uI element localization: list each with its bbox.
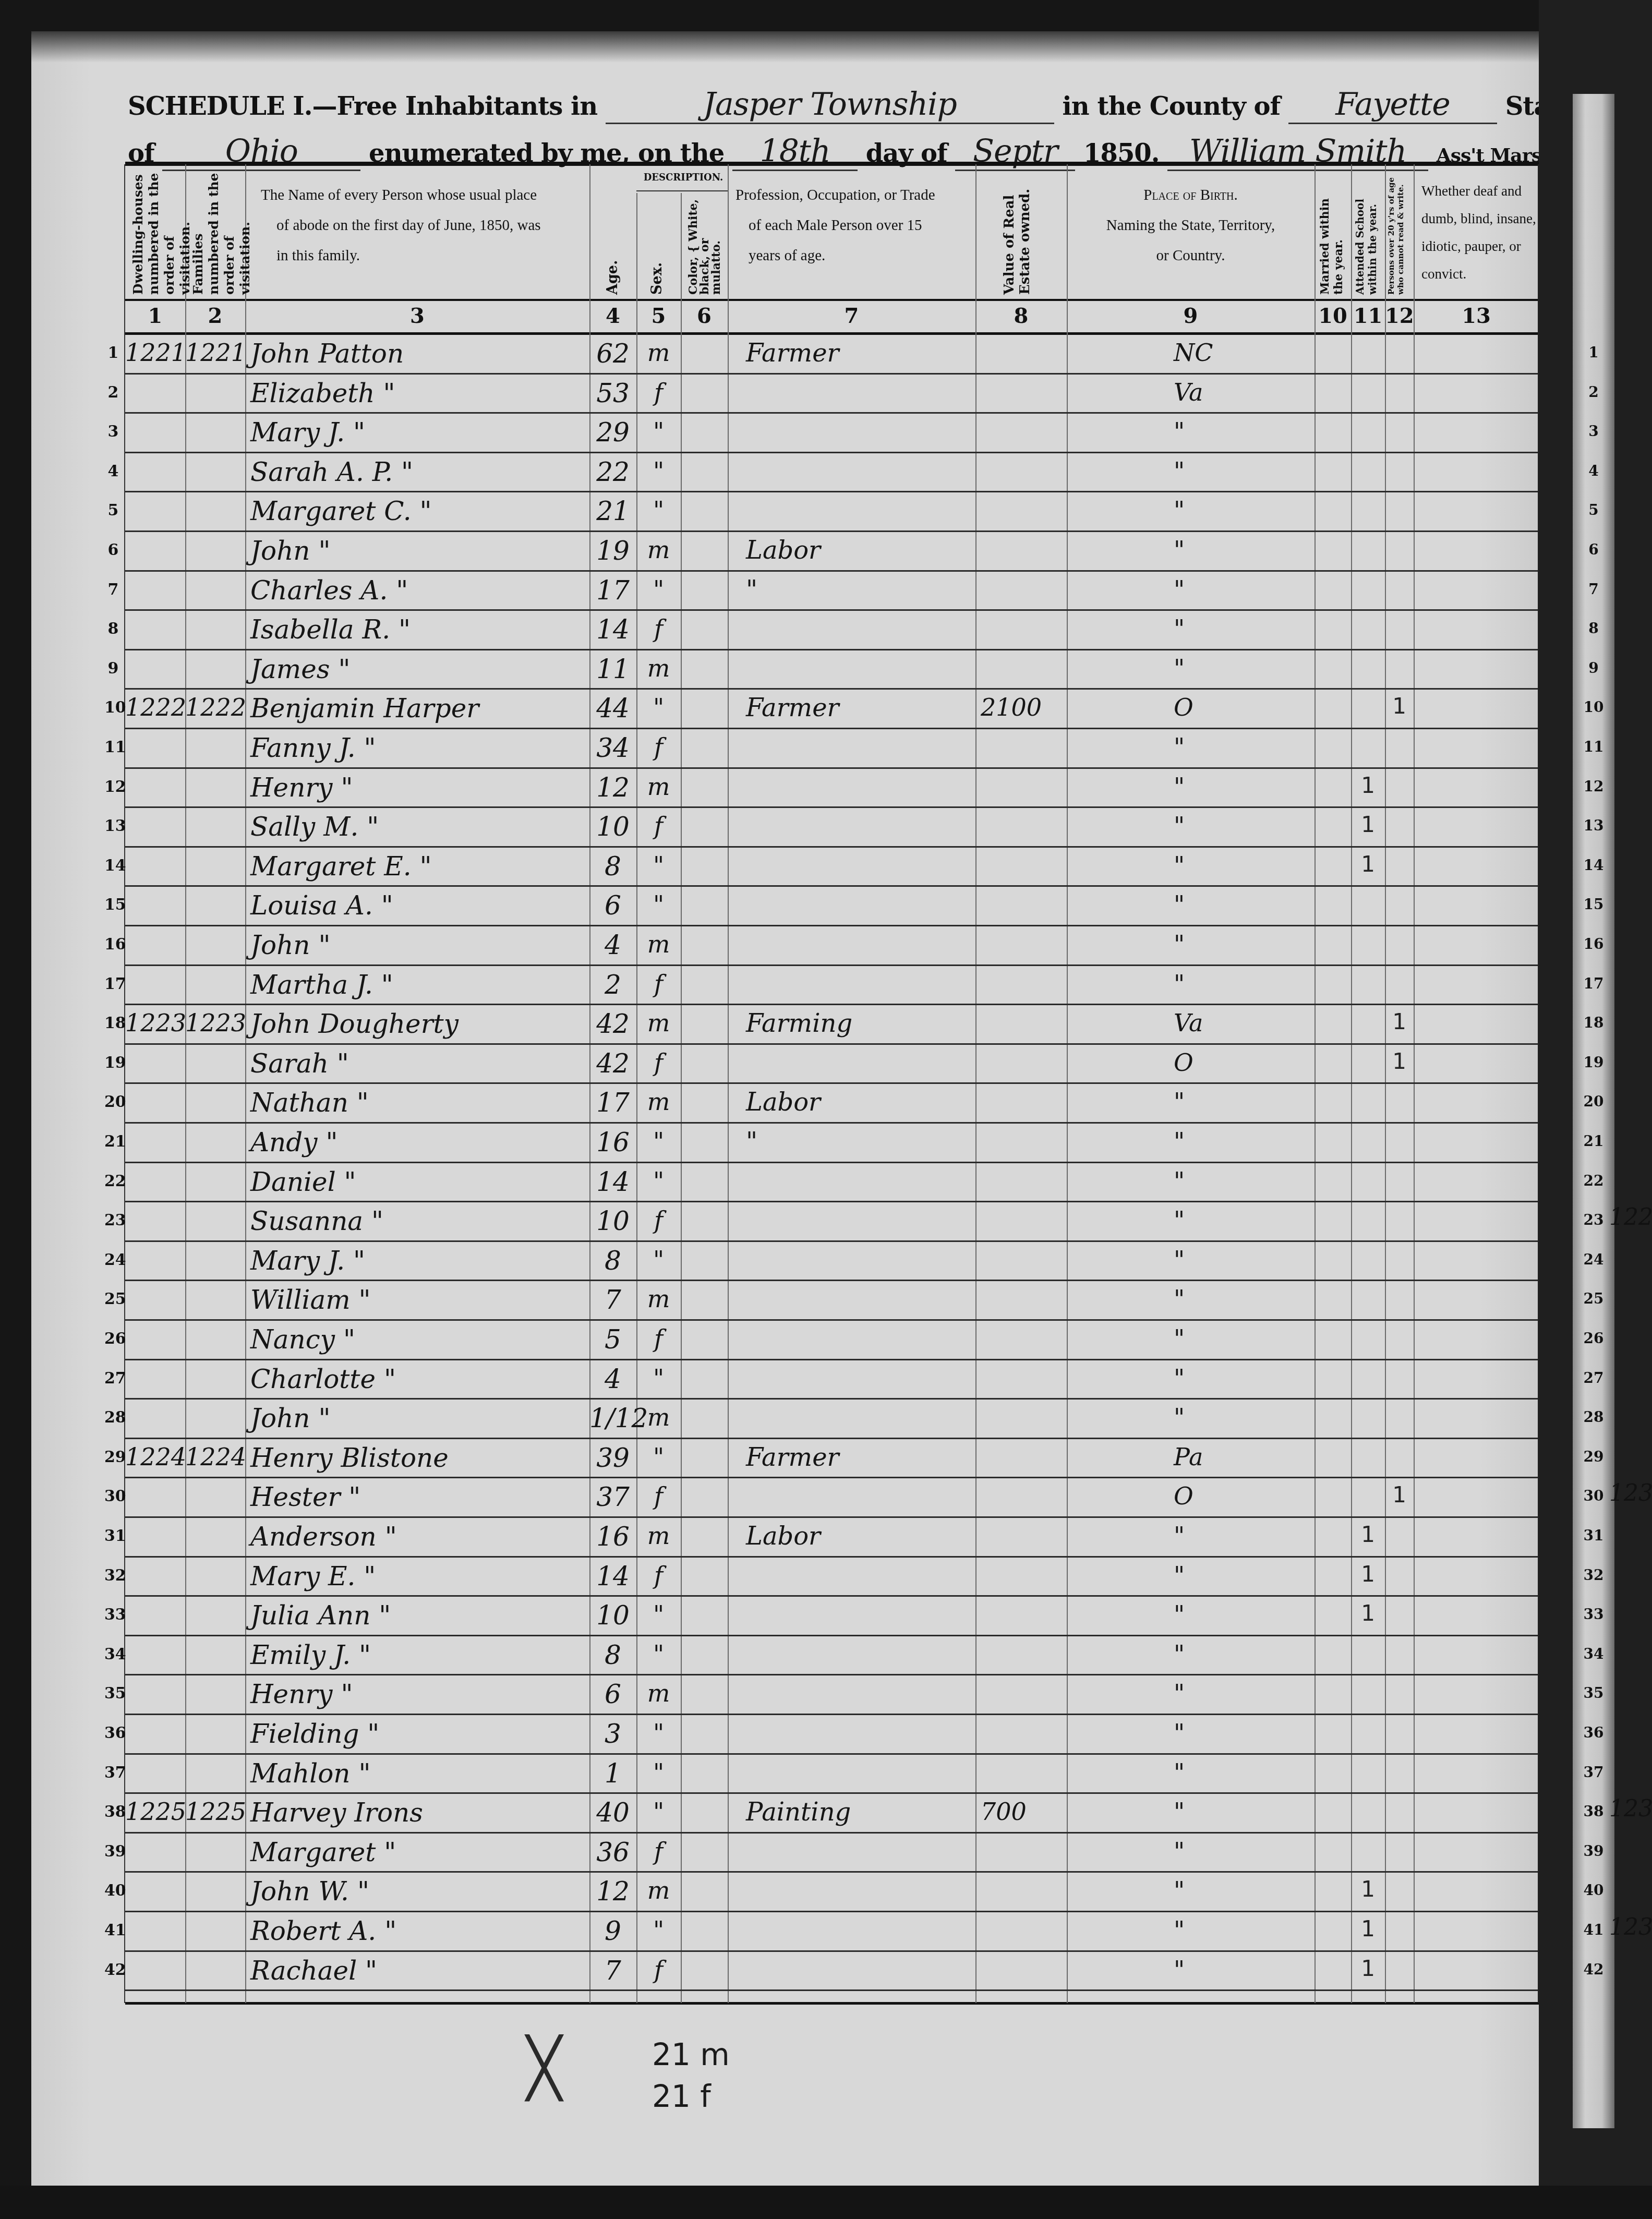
cell-name: Mary J. " xyxy=(250,1246,589,1276)
cell-sex: m xyxy=(636,1679,681,1707)
line-number: 26 xyxy=(104,1330,122,1348)
cell-birthplace: " xyxy=(1174,1640,1278,1668)
cell-school: 1 xyxy=(1351,1956,1385,1981)
row-rule xyxy=(125,1674,1538,1675)
cell-age: 7 xyxy=(589,1956,636,1986)
cell-sex: " xyxy=(636,1246,681,1274)
cell-birthplace: Va xyxy=(1174,378,1278,406)
col13-header-line: dumb, blind, insane, xyxy=(1421,205,1536,233)
row-rule xyxy=(125,767,1538,769)
cell-sex: f xyxy=(636,378,681,406)
line-number: 3 xyxy=(104,423,122,441)
cell-sex: m xyxy=(636,930,681,958)
row-rule xyxy=(125,806,1538,808)
cell-name: Sarah " xyxy=(250,1048,589,1079)
row-rule xyxy=(125,728,1538,729)
adjacent-line-number: 26 xyxy=(1583,1330,1604,1347)
cell-name: Daniel " xyxy=(250,1167,589,1197)
adjacent-line-number: 30 xyxy=(1583,1487,1604,1504)
line-number: 16 xyxy=(104,935,122,954)
cell-birthplace: " xyxy=(1174,1956,1278,1984)
cell-birthplace: " xyxy=(1174,496,1278,524)
cell-dwelling: 1221 xyxy=(125,339,185,367)
col7-header: Profession, Occupation, or Trade of each… xyxy=(730,180,973,271)
cell-birthplace: O xyxy=(1174,693,1278,721)
cell-birthplace: " xyxy=(1174,1876,1278,1904)
cell-occupation: " xyxy=(746,1127,970,1156)
cell-name: John " xyxy=(250,930,589,960)
cell-sex: f xyxy=(636,970,681,998)
cell-name: Henry " xyxy=(250,773,589,803)
cell-sex: m xyxy=(636,536,681,564)
cell-age: 12 xyxy=(589,1876,636,1907)
cell-real-estate: 700 xyxy=(981,1798,1064,1826)
adjacent-line-number: 11 xyxy=(1583,738,1604,755)
line-number: 30 xyxy=(104,1487,122,1505)
cell-name: Mahlon " xyxy=(250,1758,589,1789)
cell-birthplace: " xyxy=(1174,1285,1278,1313)
col7-header-line: years of age. xyxy=(735,240,973,271)
adjacent-line-number: 12 xyxy=(1583,778,1604,795)
row-rule xyxy=(125,570,1538,572)
cell-birthplace: " xyxy=(1174,1206,1278,1234)
adjacent-line-number: 36 xyxy=(1583,1724,1604,1741)
cell-name: Charles A. " xyxy=(250,575,589,606)
cell-family: 1221 xyxy=(185,339,245,367)
cross-mark-icon: ╳ xyxy=(527,2034,561,2101)
adjacent-line-number: 40 xyxy=(1583,1882,1604,1899)
cell-sex: " xyxy=(636,496,681,524)
line-number: 11 xyxy=(104,738,122,756)
row-rule xyxy=(125,688,1538,690)
line-number: 25 xyxy=(104,1290,122,1308)
cell-occupation: Farmer xyxy=(746,1443,970,1472)
row-rule xyxy=(125,649,1538,650)
cell-sex: " xyxy=(636,1719,681,1747)
line-number: 40 xyxy=(104,1882,122,1900)
row-rule xyxy=(125,1319,1538,1321)
cell-occupation: Labor xyxy=(746,536,970,565)
cell-birthplace: " xyxy=(1174,1522,1278,1550)
row-rule xyxy=(125,1556,1538,1558)
cell-sex: m xyxy=(636,773,681,801)
col7-header-line: of each Male Person over 15 xyxy=(735,210,973,240)
colnum: 13 xyxy=(1414,304,1539,328)
cell-age: 5 xyxy=(589,1324,636,1355)
cell-family: 1223 xyxy=(185,1009,245,1037)
row-rule xyxy=(125,885,1538,887)
cell-age: 37 xyxy=(589,1482,636,1512)
cell-name: Henry Blistone xyxy=(250,1443,589,1473)
cell-age: 14 xyxy=(589,1167,636,1197)
adjacent-line-number: 6 xyxy=(1583,541,1604,558)
adjacent-line-number: 28 xyxy=(1583,1408,1604,1426)
header-bottom-rule xyxy=(125,299,1539,301)
cell-name: Isabella R. " xyxy=(250,614,589,645)
cell-birthplace: " xyxy=(1174,575,1278,604)
cell-birthplace: " xyxy=(1174,930,1278,958)
col1-header: Dwelling-houses numbered in the order of… xyxy=(130,170,180,295)
adjacent-dwelling-note: 1231 xyxy=(1609,1795,1652,1822)
cell-birthplace: " xyxy=(1174,417,1278,445)
cell-age: 34 xyxy=(589,733,636,763)
cell-name: Elizabeth " xyxy=(250,378,589,408)
description-rule xyxy=(636,190,728,191)
row-rule xyxy=(125,1832,1538,1834)
cell-birthplace: " xyxy=(1174,614,1278,643)
cell-age: 4 xyxy=(589,930,636,960)
cell-school: 1 xyxy=(1351,1600,1385,1626)
row-rule xyxy=(125,412,1538,414)
colnum: 6 xyxy=(681,304,728,328)
row-rule xyxy=(125,452,1538,453)
col3-header-line: in this family. xyxy=(261,240,584,271)
adjacent-line-number: 39 xyxy=(1583,1842,1604,1860)
adjacent-line-number: 17 xyxy=(1583,975,1604,992)
line-number: 38 xyxy=(104,1803,122,1821)
cell-name: Mary E. " xyxy=(250,1561,589,1591)
row-rule xyxy=(125,1753,1538,1755)
cell-birthplace: NC xyxy=(1174,339,1278,367)
cell-sex: f xyxy=(636,1324,681,1353)
cell-name: Nathan " xyxy=(250,1088,589,1118)
cell-illiterate: 1 xyxy=(1385,1009,1414,1034)
adjacent-line-number: 10 xyxy=(1583,698,1604,716)
line-number: 17 xyxy=(104,975,122,993)
table-top-rule xyxy=(125,162,1539,166)
cell-age: 22 xyxy=(589,457,636,487)
cell-age: 7 xyxy=(589,1285,636,1315)
adjacent-line-number: 5 xyxy=(1583,501,1604,518)
row-rule xyxy=(125,1201,1538,1202)
row-rule xyxy=(125,964,1538,966)
colnum: 4 xyxy=(589,304,636,328)
cell-dwelling: 1224 xyxy=(125,1443,185,1471)
cell-name: John Dougherty xyxy=(250,1009,589,1039)
cell-name: John " xyxy=(250,536,589,566)
cell-birthplace: " xyxy=(1174,890,1278,919)
adjacent-dwelling-note: 1230 xyxy=(1609,1480,1652,1506)
line-number: 20 xyxy=(104,1093,122,1111)
cell-birthplace: " xyxy=(1174,851,1278,879)
line-number: 9 xyxy=(104,659,122,678)
cell-age: 53 xyxy=(589,378,636,408)
cell-name: Emily J. " xyxy=(250,1640,589,1670)
cell-school: 1 xyxy=(1351,1522,1385,1547)
cell-age: 3 xyxy=(589,1719,636,1749)
cell-name: Margaret " xyxy=(250,1837,589,1867)
col7-header-line: Profession, Occupation, or Trade xyxy=(735,180,973,210)
line-number: 31 xyxy=(104,1527,122,1545)
cell-sex: f xyxy=(636,614,681,643)
line-number: 36 xyxy=(104,1724,122,1742)
col3-header: The Name of every Person whose usual pla… xyxy=(250,180,584,271)
adjacent-line-number: 15 xyxy=(1583,896,1604,913)
cell-sex: " xyxy=(636,1443,681,1471)
adjacent-line-number: 35 xyxy=(1583,1684,1604,1702)
adjacent-line-number: 32 xyxy=(1583,1566,1604,1584)
cell-name: Charlotte " xyxy=(250,1364,589,1394)
cell-occupation: Painting xyxy=(746,1798,970,1827)
cell-age: 17 xyxy=(589,1088,636,1118)
line-number: 23 xyxy=(104,1211,122,1229)
cell-sex: f xyxy=(636,1956,681,1984)
cell-age: 16 xyxy=(589,1127,636,1157)
county-label: in the County of xyxy=(1063,92,1281,121)
colnum: 10 xyxy=(1315,304,1351,328)
cell-birthplace: Va xyxy=(1174,1009,1278,1037)
cell-sex: m xyxy=(636,1876,681,1904)
line-number: 28 xyxy=(104,1408,122,1427)
adjacent-line-number: 16 xyxy=(1583,935,1604,952)
cell-age: 6 xyxy=(589,890,636,921)
cell-family: 1222 xyxy=(185,693,245,721)
adjacent-line-number: 9 xyxy=(1583,659,1604,677)
cell-birthplace: " xyxy=(1174,733,1278,761)
scan-bottom-edge xyxy=(0,2186,1652,2219)
cell-sex: f xyxy=(636,1048,681,1077)
adjacent-line-number: 22 xyxy=(1583,1172,1604,1189)
colnum: 5 xyxy=(636,304,681,328)
adjacent-line-number: 19 xyxy=(1583,1054,1604,1071)
cell-occupation: Labor xyxy=(746,1088,970,1117)
cell-school: 1 xyxy=(1351,1876,1385,1902)
cell-name: Margaret C. " xyxy=(250,496,589,526)
adjacent-line-number: 25 xyxy=(1583,1290,1604,1307)
adjacent-dwelling-note: 1232 xyxy=(1609,1914,1652,1940)
row-rule xyxy=(125,1516,1538,1518)
description-group-label: DESCRIPTION. xyxy=(642,172,725,183)
cell-illiterate: 1 xyxy=(1385,693,1414,719)
cell-name: Robert A. " xyxy=(250,1916,589,1946)
row-rule xyxy=(125,609,1538,611)
row-rule xyxy=(125,1280,1538,1281)
cell-name: Harvey Irons xyxy=(250,1798,589,1828)
cell-birthplace: " xyxy=(1174,1561,1278,1589)
colnum: 2 xyxy=(185,304,245,328)
adjacent-line-number: 3 xyxy=(1583,423,1604,440)
cell-school: 1 xyxy=(1351,1561,1385,1587)
cell-birthplace: O xyxy=(1174,1048,1278,1077)
line-number: 1 xyxy=(104,344,122,362)
col9-header-line: Place of Birth. xyxy=(1069,180,1312,210)
cell-birthplace: " xyxy=(1174,1719,1278,1747)
row-rule xyxy=(125,1359,1538,1360)
row-rule xyxy=(125,1950,1538,1952)
cell-age: 12 xyxy=(589,773,636,803)
cell-name: Fanny J. " xyxy=(250,733,589,763)
cell-dwelling: 1222 xyxy=(125,693,185,721)
col13-header: Whether deaf and dumb, blind, insane, id… xyxy=(1416,177,1536,288)
cell-age: 16 xyxy=(589,1522,636,1552)
row-rule xyxy=(125,1004,1538,1005)
cell-dwelling: 1225 xyxy=(125,1798,185,1826)
colnum-bottom-rule xyxy=(125,332,1539,335)
cell-birthplace: " xyxy=(1174,457,1278,485)
cell-family: 1224 xyxy=(185,1443,245,1471)
line-number: 37 xyxy=(104,1764,122,1782)
cell-name: Hester " xyxy=(250,1482,589,1512)
cell-birthplace: " xyxy=(1174,1167,1278,1195)
line-number: 35 xyxy=(104,1684,122,1703)
colnum: 9 xyxy=(1067,304,1315,328)
cell-name: Anderson " xyxy=(250,1522,589,1552)
cell-name: William " xyxy=(250,1285,589,1315)
line-number: 7 xyxy=(104,581,122,599)
adjacent-line-number: 31 xyxy=(1583,1527,1604,1544)
cell-age: 2 xyxy=(589,970,636,1000)
col9-header: Place of Birth. Naming the State, Territ… xyxy=(1069,180,1312,271)
adjacent-line-number: 4 xyxy=(1583,462,1604,479)
cell-age: 21 xyxy=(589,496,636,526)
col9-header-line: or Country. xyxy=(1069,240,1312,271)
line-number: 29 xyxy=(104,1448,122,1466)
cell-age: 10 xyxy=(589,812,636,842)
cell-sex: f xyxy=(636,1206,681,1234)
cell-birthplace: " xyxy=(1174,1600,1278,1629)
cell-sex: " xyxy=(636,890,681,919)
cell-illiterate: 1 xyxy=(1385,1482,1414,1508)
cell-illiterate: 1 xyxy=(1385,1048,1414,1074)
cell-birthplace: " xyxy=(1174,536,1278,564)
col6-header: Color, { White, black, or mulatto. xyxy=(688,196,724,295)
col3-header-line: of abode on the first day of June, 1850,… xyxy=(261,210,584,240)
cell-birthplace: " xyxy=(1174,1088,1278,1116)
row-rule xyxy=(125,1122,1538,1124)
tally-males: 21 m xyxy=(652,2037,730,2072)
col9-header-line: Naming the State, Territory, xyxy=(1069,210,1312,240)
colnum: 1 xyxy=(125,304,185,328)
cell-sex: m xyxy=(636,1088,681,1116)
cell-name: James " xyxy=(250,654,589,684)
cell-sex: m xyxy=(636,339,681,367)
cell-name: John Patton xyxy=(250,339,589,369)
row-rule xyxy=(125,1989,1538,1991)
cell-occupation: " xyxy=(746,575,970,605)
cell-sex: " xyxy=(636,1916,681,1944)
cell-age: 39 xyxy=(589,1443,636,1473)
cell-family: 1225 xyxy=(185,1798,245,1826)
cell-school: 1 xyxy=(1351,851,1385,877)
cell-birthplace: O xyxy=(1174,1482,1278,1510)
cell-age: 4 xyxy=(589,1364,636,1394)
row-rule xyxy=(125,1911,1538,1912)
row-rule xyxy=(125,530,1538,532)
cell-age: 40 xyxy=(589,1798,636,1828)
cell-sex: " xyxy=(636,457,681,485)
cell-age: 6 xyxy=(589,1679,636,1709)
cell-birthplace: " xyxy=(1174,812,1278,840)
cell-age: 10 xyxy=(589,1600,636,1631)
cell-birthplace: " xyxy=(1174,970,1278,998)
cell-name: Benjamin Harper xyxy=(250,693,589,723)
line-number: 42 xyxy=(104,1961,122,1979)
adjacent-line-number: 13 xyxy=(1583,817,1604,834)
cell-birthplace: " xyxy=(1174,1758,1278,1787)
adjacent-line-number: 2 xyxy=(1583,383,1604,401)
cell-sex: m xyxy=(636,654,681,682)
cell-age: 1/12 xyxy=(589,1403,636,1433)
row-rule xyxy=(125,1082,1538,1084)
cell-sex: " xyxy=(636,1127,681,1155)
cell-name: Fielding " xyxy=(250,1719,589,1749)
row-rule xyxy=(125,1792,1538,1794)
cell-birthplace: " xyxy=(1174,1916,1278,1944)
line-number: 33 xyxy=(104,1606,122,1624)
row-rule xyxy=(125,1871,1538,1873)
cell-sex: " xyxy=(636,693,681,721)
cell-name: Susanna " xyxy=(250,1206,589,1236)
cell-sex: f xyxy=(636,1837,681,1865)
adjacent-line-number: 14 xyxy=(1583,857,1604,874)
adjacent-line-number: 24 xyxy=(1583,1251,1604,1268)
colnum: 11 xyxy=(1351,304,1385,328)
cell-age: 9 xyxy=(589,1916,636,1946)
adjacent-line-number: 8 xyxy=(1583,620,1604,637)
cell-sex: " xyxy=(636,1640,681,1668)
cell-age: 8 xyxy=(589,1246,636,1276)
adjacent-line-number: 20 xyxy=(1583,1093,1604,1110)
colnum: 8 xyxy=(975,304,1067,328)
cell-birthplace: " xyxy=(1174,1679,1278,1707)
line-number: 12 xyxy=(104,778,122,796)
col-divider xyxy=(681,193,682,2003)
cell-sex: " xyxy=(636,1167,681,1195)
cell-occupation: Farmer xyxy=(746,693,970,722)
cell-sex: f xyxy=(636,733,681,761)
line-number: 41 xyxy=(104,1921,122,1939)
cell-name: John " xyxy=(250,1403,589,1433)
cell-birthplace: " xyxy=(1174,1324,1278,1353)
row-rule xyxy=(125,1635,1538,1636)
tally-females: 21 f xyxy=(652,2079,711,2114)
col8-header: Value of Real Estate owned. xyxy=(1002,170,1043,295)
schedule-label: SCHEDULE I.—Free Inhabitants in xyxy=(128,92,597,121)
page-edge-shadow xyxy=(31,31,1539,63)
cell-age: 42 xyxy=(589,1048,636,1079)
cell-age: 19 xyxy=(589,536,636,566)
row-rule xyxy=(125,1595,1538,1597)
line-number: 5 xyxy=(104,501,122,520)
line-number: 10 xyxy=(104,698,122,717)
col13-header-line: idiotic, pauper, or xyxy=(1421,233,1536,260)
cell-sex: f xyxy=(636,812,681,840)
col11-header: Attended School within the year. xyxy=(1354,175,1384,295)
adjacent-line-number: 41 xyxy=(1583,1921,1604,1938)
county-value: Fayette xyxy=(1335,86,1450,123)
line-number: 4 xyxy=(104,462,122,480)
cell-sex: m xyxy=(636,1403,681,1431)
cell-name: Nancy " xyxy=(250,1324,589,1355)
cell-school: 1 xyxy=(1351,773,1385,798)
cell-occupation: Labor xyxy=(746,1522,970,1551)
cell-birthplace: " xyxy=(1174,773,1278,801)
row-rule xyxy=(125,373,1538,375)
cell-sex: " xyxy=(636,1600,681,1629)
cell-birthplace: Pa xyxy=(1174,1443,1278,1471)
cell-name: John W. " xyxy=(250,1876,589,1907)
row-rule xyxy=(125,925,1538,926)
adjacent-line-number: 7 xyxy=(1583,581,1604,598)
cell-sex: f xyxy=(636,1482,681,1510)
cell-age: 1 xyxy=(589,1758,636,1789)
cell-age: 14 xyxy=(589,1561,636,1591)
cell-birthplace: " xyxy=(1174,1798,1278,1826)
row-rule xyxy=(125,1162,1538,1163)
line-number: 21 xyxy=(104,1132,122,1151)
table-bottom-rule xyxy=(125,2002,1539,2005)
cell-sex: " xyxy=(636,851,681,879)
